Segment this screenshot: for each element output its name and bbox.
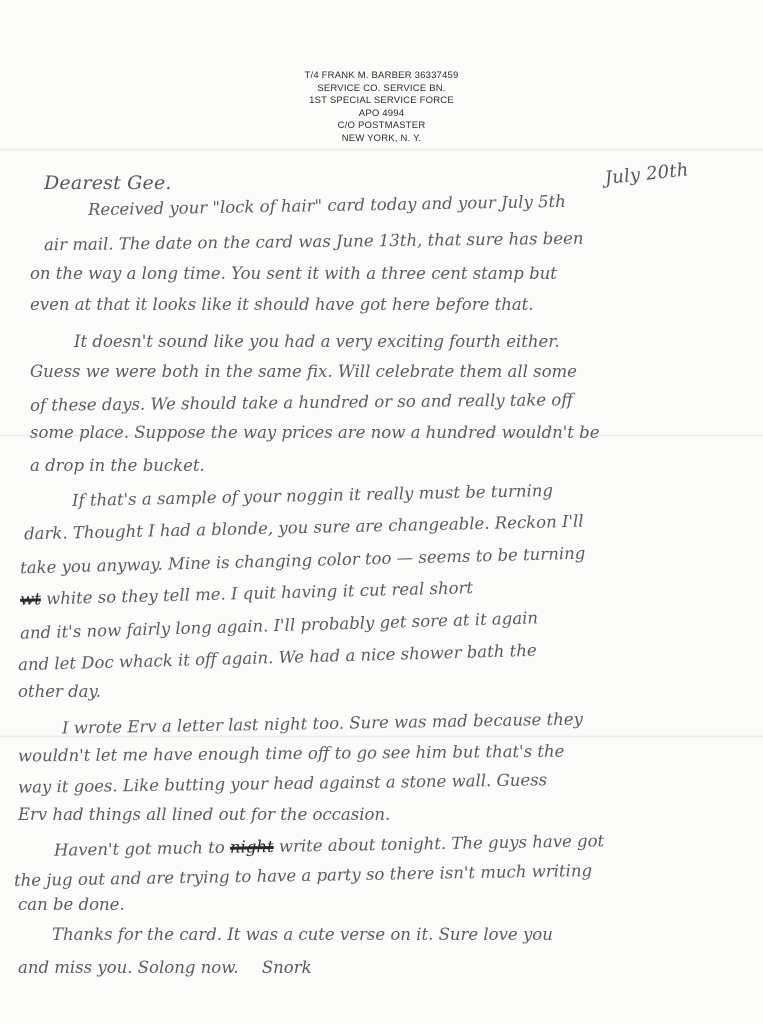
struck-word: wt [20, 589, 41, 609]
letter-line: the jug out and are trying to have a par… [14, 861, 592, 890]
letter-date: July 20th [604, 159, 690, 189]
letter-line-text: write about tonight. The guys have got [273, 831, 604, 856]
letter-line: take you anyway. Mine is changing color … [20, 544, 586, 578]
letter-line: way it goes. Like butting your head agai… [18, 770, 547, 796]
letter-line: Erv had things all lined out for the occ… [18, 805, 390, 824]
letter-line: even at that it looks like it should hav… [30, 295, 534, 314]
letter-line: Thanks for the card. It was a cute verse… [52, 925, 553, 944]
letter-line: of these days. We should take a hundred … [30, 390, 573, 415]
letterhead-line: NEW YORK, N. Y. [0, 133, 763, 146]
letter-line: can be done. [18, 895, 125, 914]
letterhead-line: APO 4994 [0, 108, 763, 121]
letterhead-line: C/O POSTMASTER [0, 120, 763, 133]
letterhead: T/4 FRANK M. BARBER 36337459 SERVICE CO.… [0, 70, 763, 146]
letter-line: If that's a sample of your noggin it rea… [72, 481, 553, 510]
letter-line: other day. [18, 682, 101, 701]
letter-line: Haven't got much to night write about to… [54, 831, 604, 860]
paper-fold [0, 148, 763, 151]
letter-line: dark. Thought I had a blonde, you sure a… [24, 512, 584, 544]
letter-line: It doesn't sound like you had a very exc… [74, 332, 560, 351]
letter-line: wouldn't let me have enough time off to … [18, 742, 565, 766]
signature: Snork [262, 958, 312, 977]
letterhead-line: 1ST SPECIAL SERVICE FORCE [0, 95, 763, 108]
letter-line: wt white so they tell me. I quit having … [20, 578, 473, 609]
letter-line-text: Haven't got much to [54, 838, 230, 860]
letter-page: T/4 FRANK M. BARBER 36337459 SERVICE CO.… [0, 0, 763, 1024]
letter-line: air mail. The date on the card was June … [44, 229, 584, 255]
letter-line-text: white so they tell me. I quit having it … [46, 578, 473, 608]
letter-line-text: and miss you. Solong now. [18, 958, 239, 977]
letter-line: and let Doc whack it off again. We had a… [18, 641, 537, 674]
letter-line: and miss you. Solong now. Snork [18, 958, 312, 977]
letter-line: on the way a long time. You sent it with… [30, 264, 557, 283]
struck-word: night [230, 837, 274, 857]
letterhead-line: SERVICE CO. SERVICE BN. [0, 83, 763, 96]
letterhead-line: T/4 FRANK M. BARBER 36337459 [0, 70, 763, 83]
letter-line: I wrote Erv a letter last night too. Sur… [62, 709, 583, 737]
letter-line: some place. Suppose the way prices are n… [30, 423, 599, 442]
letter-line: Received your "lock of hair" card today … [88, 192, 566, 219]
letter-line: a drop in the bucket. [30, 456, 205, 475]
salutation: Dearest Gee. [44, 172, 172, 194]
letter-line: and it's now fairly long again. I'll pro… [20, 608, 538, 642]
letter-line: Guess we were both in the same fix. Will… [30, 362, 577, 381]
